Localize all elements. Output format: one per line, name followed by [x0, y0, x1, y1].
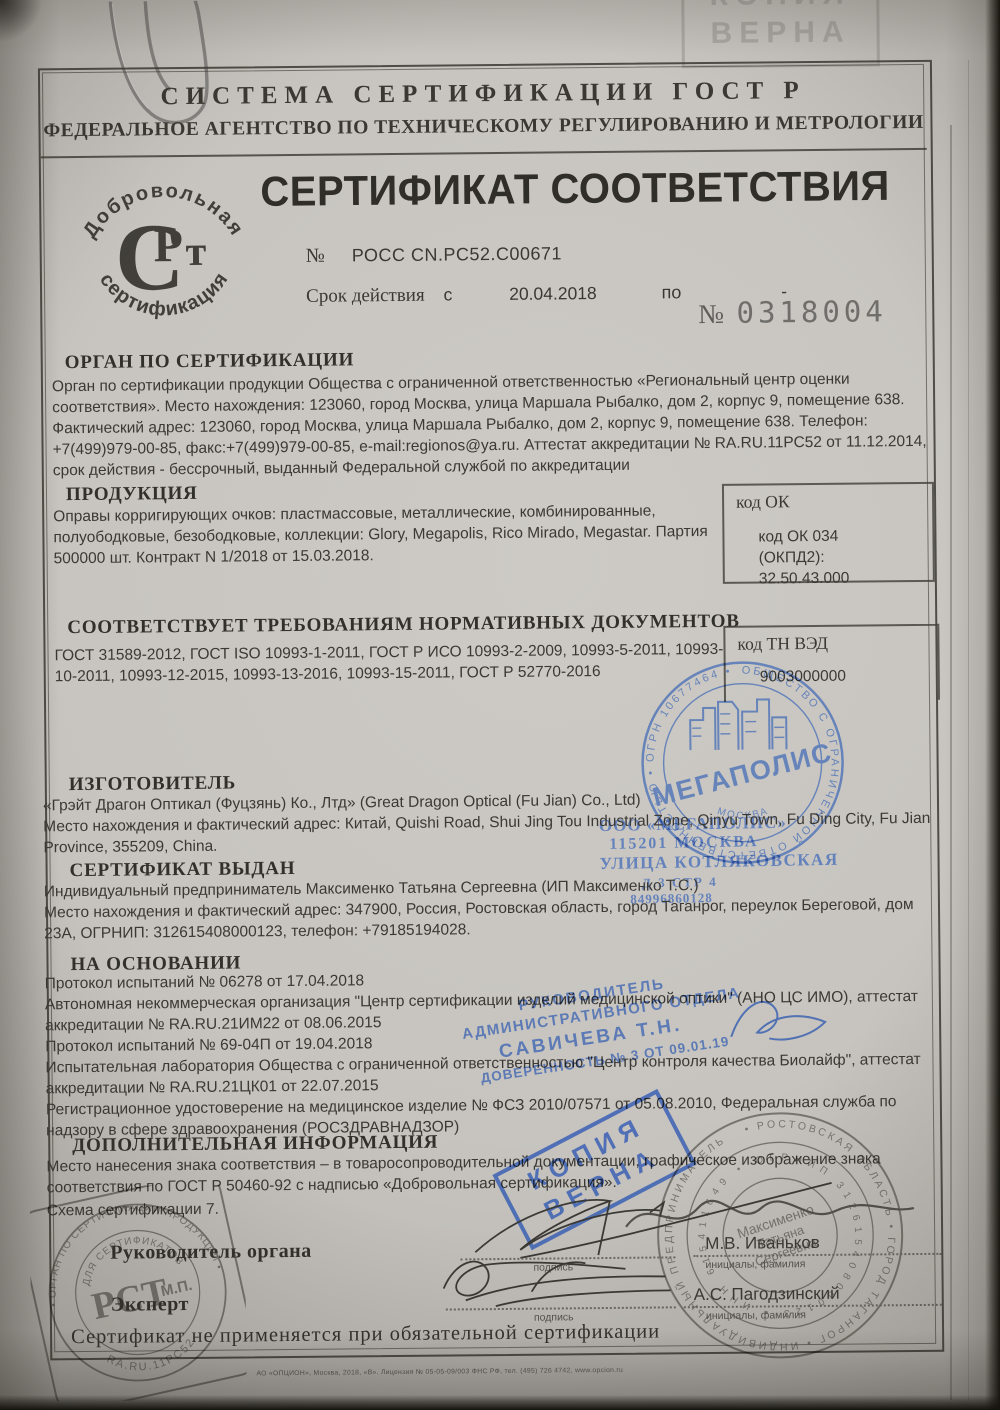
section-manufacturer-heading: ИЗГОТОВИТЕЛЬ: [69, 773, 236, 797]
svg-text:Р: Р: [153, 219, 183, 272]
section-product-body: Оправы корригирующих очков: пластмассовы…: [53, 500, 714, 569]
head-role: Руководитель органа: [110, 1240, 312, 1265]
certificate-number-sign: №: [306, 245, 325, 267]
expert-name-caption: инициалы, фамилия: [706, 1309, 806, 1322]
code-ok-label: код ОК: [736, 490, 932, 513]
code-ok-box: код ОК код ОК 034 (ОКПД2): 32.50.43.000: [722, 482, 935, 584]
photo-edge-right: [985, 0, 1000, 1410]
head-name: М.В. Иваньков: [705, 1233, 820, 1254]
expert-role: Эксперт: [111, 1293, 189, 1317]
director-signature: [723, 992, 844, 1048]
certificate-number: РОСС CN.PC52.C00671: [352, 243, 562, 265]
section-organ-heading: ОРГАН ПО СЕРТИФИКАЦИИ: [65, 349, 355, 374]
expert-signature: [435, 1246, 706, 1311]
page-edge-2: [968, 60, 969, 1400]
certificate-title: СЕРТИФИКАТ СООТВЕТСТВИЯ: [250, 163, 900, 216]
validity-from: 20.04.2018: [509, 283, 597, 304]
validity-label: Срок действия: [306, 285, 425, 307]
svg-text:т: т: [185, 229, 206, 275]
section-product-heading: ПРОДУКЦИЯ: [66, 483, 198, 506]
validity-to-label: по: [662, 282, 682, 302]
section-manufacturer-line2: Место нахождения и фактический адрес: Ки…: [43, 808, 938, 859]
section-organ-body: Орган по сертификации продукции Общества…: [52, 368, 941, 482]
expert-name: А.С. Пагодзинский: [694, 1284, 840, 1305]
blank-number-sign: №: [698, 299, 724, 329]
rst-logo: Добровольная сертификация С Р т: [63, 162, 265, 329]
copy-verna-stamp-top: КОПИЯ ВЕРНА: [681, 0, 880, 68]
certificate-number-row: № РОСС CN.PC52.C00671: [306, 242, 563, 267]
page-edge: [950, 125, 952, 1400]
photo-edge-bottom: [0, 1395, 1000, 1410]
certificate-scan: КОПИЯ ВЕРНА СИСТЕМА СЕРТИФИКАЦИИ ГОСТ Р …: [0, 0, 1000, 1410]
code-ok-value: код ОК 034 (ОКПД2): 32.50.43.000: [758, 525, 933, 590]
blank-number: 0318004: [736, 294, 887, 329]
section-issued-line2: Место нахождения и фактический адрес: 34…: [44, 894, 934, 945]
head-name-caption: инициалы, фамилия: [705, 1258, 805, 1271]
blank-number-row: № 0318004: [698, 294, 887, 330]
fine-print: АО «ОПЦИОН», Москва, 2018, «В». Лицензия…: [256, 1365, 856, 1378]
validity-from-label: с: [443, 284, 452, 304]
